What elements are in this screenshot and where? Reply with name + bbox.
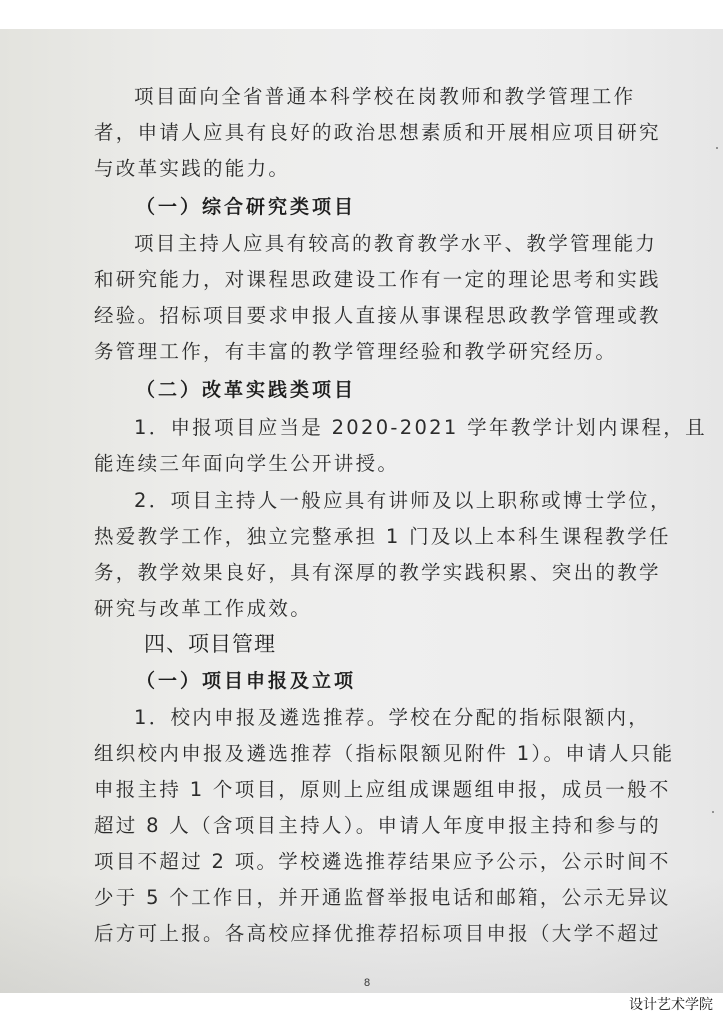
section-1-line-4: 务管理工作，有丰富的教学管理经验和教学研究经历。	[94, 340, 634, 364]
paper-speck	[716, 147, 718, 149]
watermark-school-label: 设计艺术学院	[629, 994, 713, 1014]
section-2-item-2-line-2: 热爱教学工作，独立完整承担 1 门及以上本科生课程教学任	[94, 525, 634, 549]
chapter-4-item-1-line-7: 后方可上报。各高校应择优推荐招标项目申报（大学不超过	[94, 922, 634, 946]
section-heading-reform-practice: （二）改革实践类项目	[136, 378, 676, 402]
intro-line-3: 与改革实践的能力。	[94, 157, 634, 181]
chapter-4-item-1-line-4: 超过 8 人（含项目主持人）。申请人年度申报主持和参与的	[94, 814, 634, 838]
chapter-4-item-1-line-1: 1．校内申报及遴选推荐。学校在分配的指标限额内，	[134, 706, 634, 730]
section-1-line-3: 经验。招标项目要求申报人直接从事课程思政教学管理或教	[94, 304, 634, 328]
chapter-4-item-1-line-3: 申报主持 1 个项目，原则上应组成课题组申报，成员一般不	[94, 778, 634, 802]
document-page-photo: 项目面向全省普通本科学校在岗教师和教学管理工作 者，申请人应具有良好的政治思想素…	[0, 29, 723, 993]
paper-speck	[712, 811, 714, 813]
section-1-line-2: 和研究能力，对课程思政建设工作有一定的理论思考和实践	[94, 268, 634, 292]
section-2-item-1-line-2: 能连续三年面向学生公开讲授。	[94, 452, 634, 476]
chapter-4-item-1-line-2: 组织校内申报及遴选推荐（指标限额见附件 1）。申请人只能	[94, 742, 634, 766]
section-heading-application-approval: （一）项目申报及立项	[136, 669, 676, 693]
section-2-item-1-line-1: 1．申报项目应当是 2020-2021 学年教学计划内课程，且	[134, 416, 634, 440]
intro-line-2: 者，申请人应具有良好的政治思想素质和开展相应项目研究	[94, 121, 634, 145]
chapter-heading-project-management: 四、项目管理	[144, 632, 684, 656]
section-2-item-2-line-4: 研究与改革工作成效。	[94, 597, 634, 621]
page-number: 8	[364, 977, 370, 989]
section-2-item-2-line-1: 2．项目主持人一般应具有讲师及以上职称或博士学位，	[134, 489, 634, 513]
section-1-line-1: 项目主持人应具有较高的教育教学水平、教学管理能力	[134, 232, 634, 256]
chapter-4-item-1-line-6: 少于 5 个工作日，并开通监督举报电话和邮箱，公示无异议	[94, 886, 634, 910]
section-heading-comprehensive-research: （一）综合研究类项目	[136, 195, 676, 219]
section-2-item-2-line-3: 务，教学效果良好，具有深厚的教学实践积累、突出的教学	[94, 561, 634, 585]
intro-line-1: 项目面向全省普通本科学校在岗教师和教学管理工作	[134, 85, 634, 109]
chapter-4-item-1-line-5: 项目不超过 2 项。学校遴选推荐结果应予公示，公示时间不	[94, 850, 634, 874]
